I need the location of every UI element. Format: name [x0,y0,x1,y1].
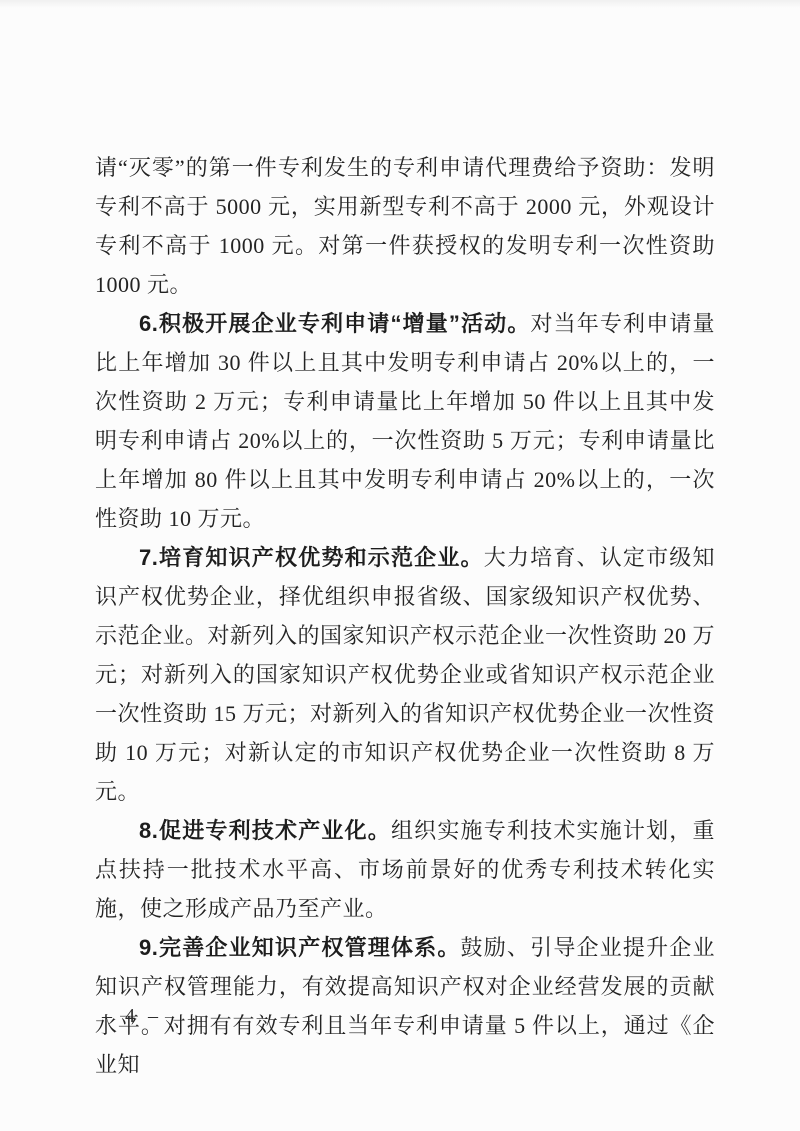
paragraph-item-7: 7.培育知识产权优势和示范企业。大力培育、认定市级知识产权优势企业，择优组织申报… [95,538,715,811]
page-number: – 4 – [102,1004,162,1028]
paragraph-item-8: 8.促进专利技术产业化。组织实施专利技术实施计划，重点扶持一批技术水平高、市场前… [95,811,715,928]
paragraph-heading: 7.培育知识产权优势和示范企业。 [139,545,484,570]
paragraph-item-9: 9.完善企业知识产权管理体系。鼓励、引导企业提升企业知识产权管理能力，有效提高知… [95,928,715,1084]
paragraph-body: 请“灭零”的第一件专利发生的专利申请代理费给予资助：发明专利不高于 5000 元… [95,155,715,297]
paragraph-body: 对当年专利申请量比上年增加 30 件以上且其中发明专利申请占 20%以上的，一次… [95,311,715,531]
document-page: 请“灭零”的第一件专利发生的专利申请代理费给予资助：发明专利不高于 5000 元… [0,0,800,1131]
paragraph-heading: 9.完善企业知识产权管理体系。 [139,935,461,960]
document-body: 请“灭零”的第一件专利发生的专利申请代理费给予资助：发明专利不高于 5000 元… [95,148,715,1084]
paragraph-heading: 8.促进专利技术产业化。 [139,818,391,843]
paragraph-continuation: 请“灭零”的第一件专利发生的专利申请代理费给予资助：发明专利不高于 5000 元… [95,148,715,304]
paragraph-body: 大力培育、认定市级知识产权优势企业，择优组织申报省级、国家级知识产权优势、示范企… [95,545,715,804]
paragraph-item-6: 6.积极开展企业专利申请“增量”活动。对当年专利申请量比上年增加 30 件以上且… [95,304,715,538]
scan-edge-shadow [0,0,800,8]
paragraph-heading: 6.积极开展企业专利申请“增量”活动。 [139,311,530,336]
